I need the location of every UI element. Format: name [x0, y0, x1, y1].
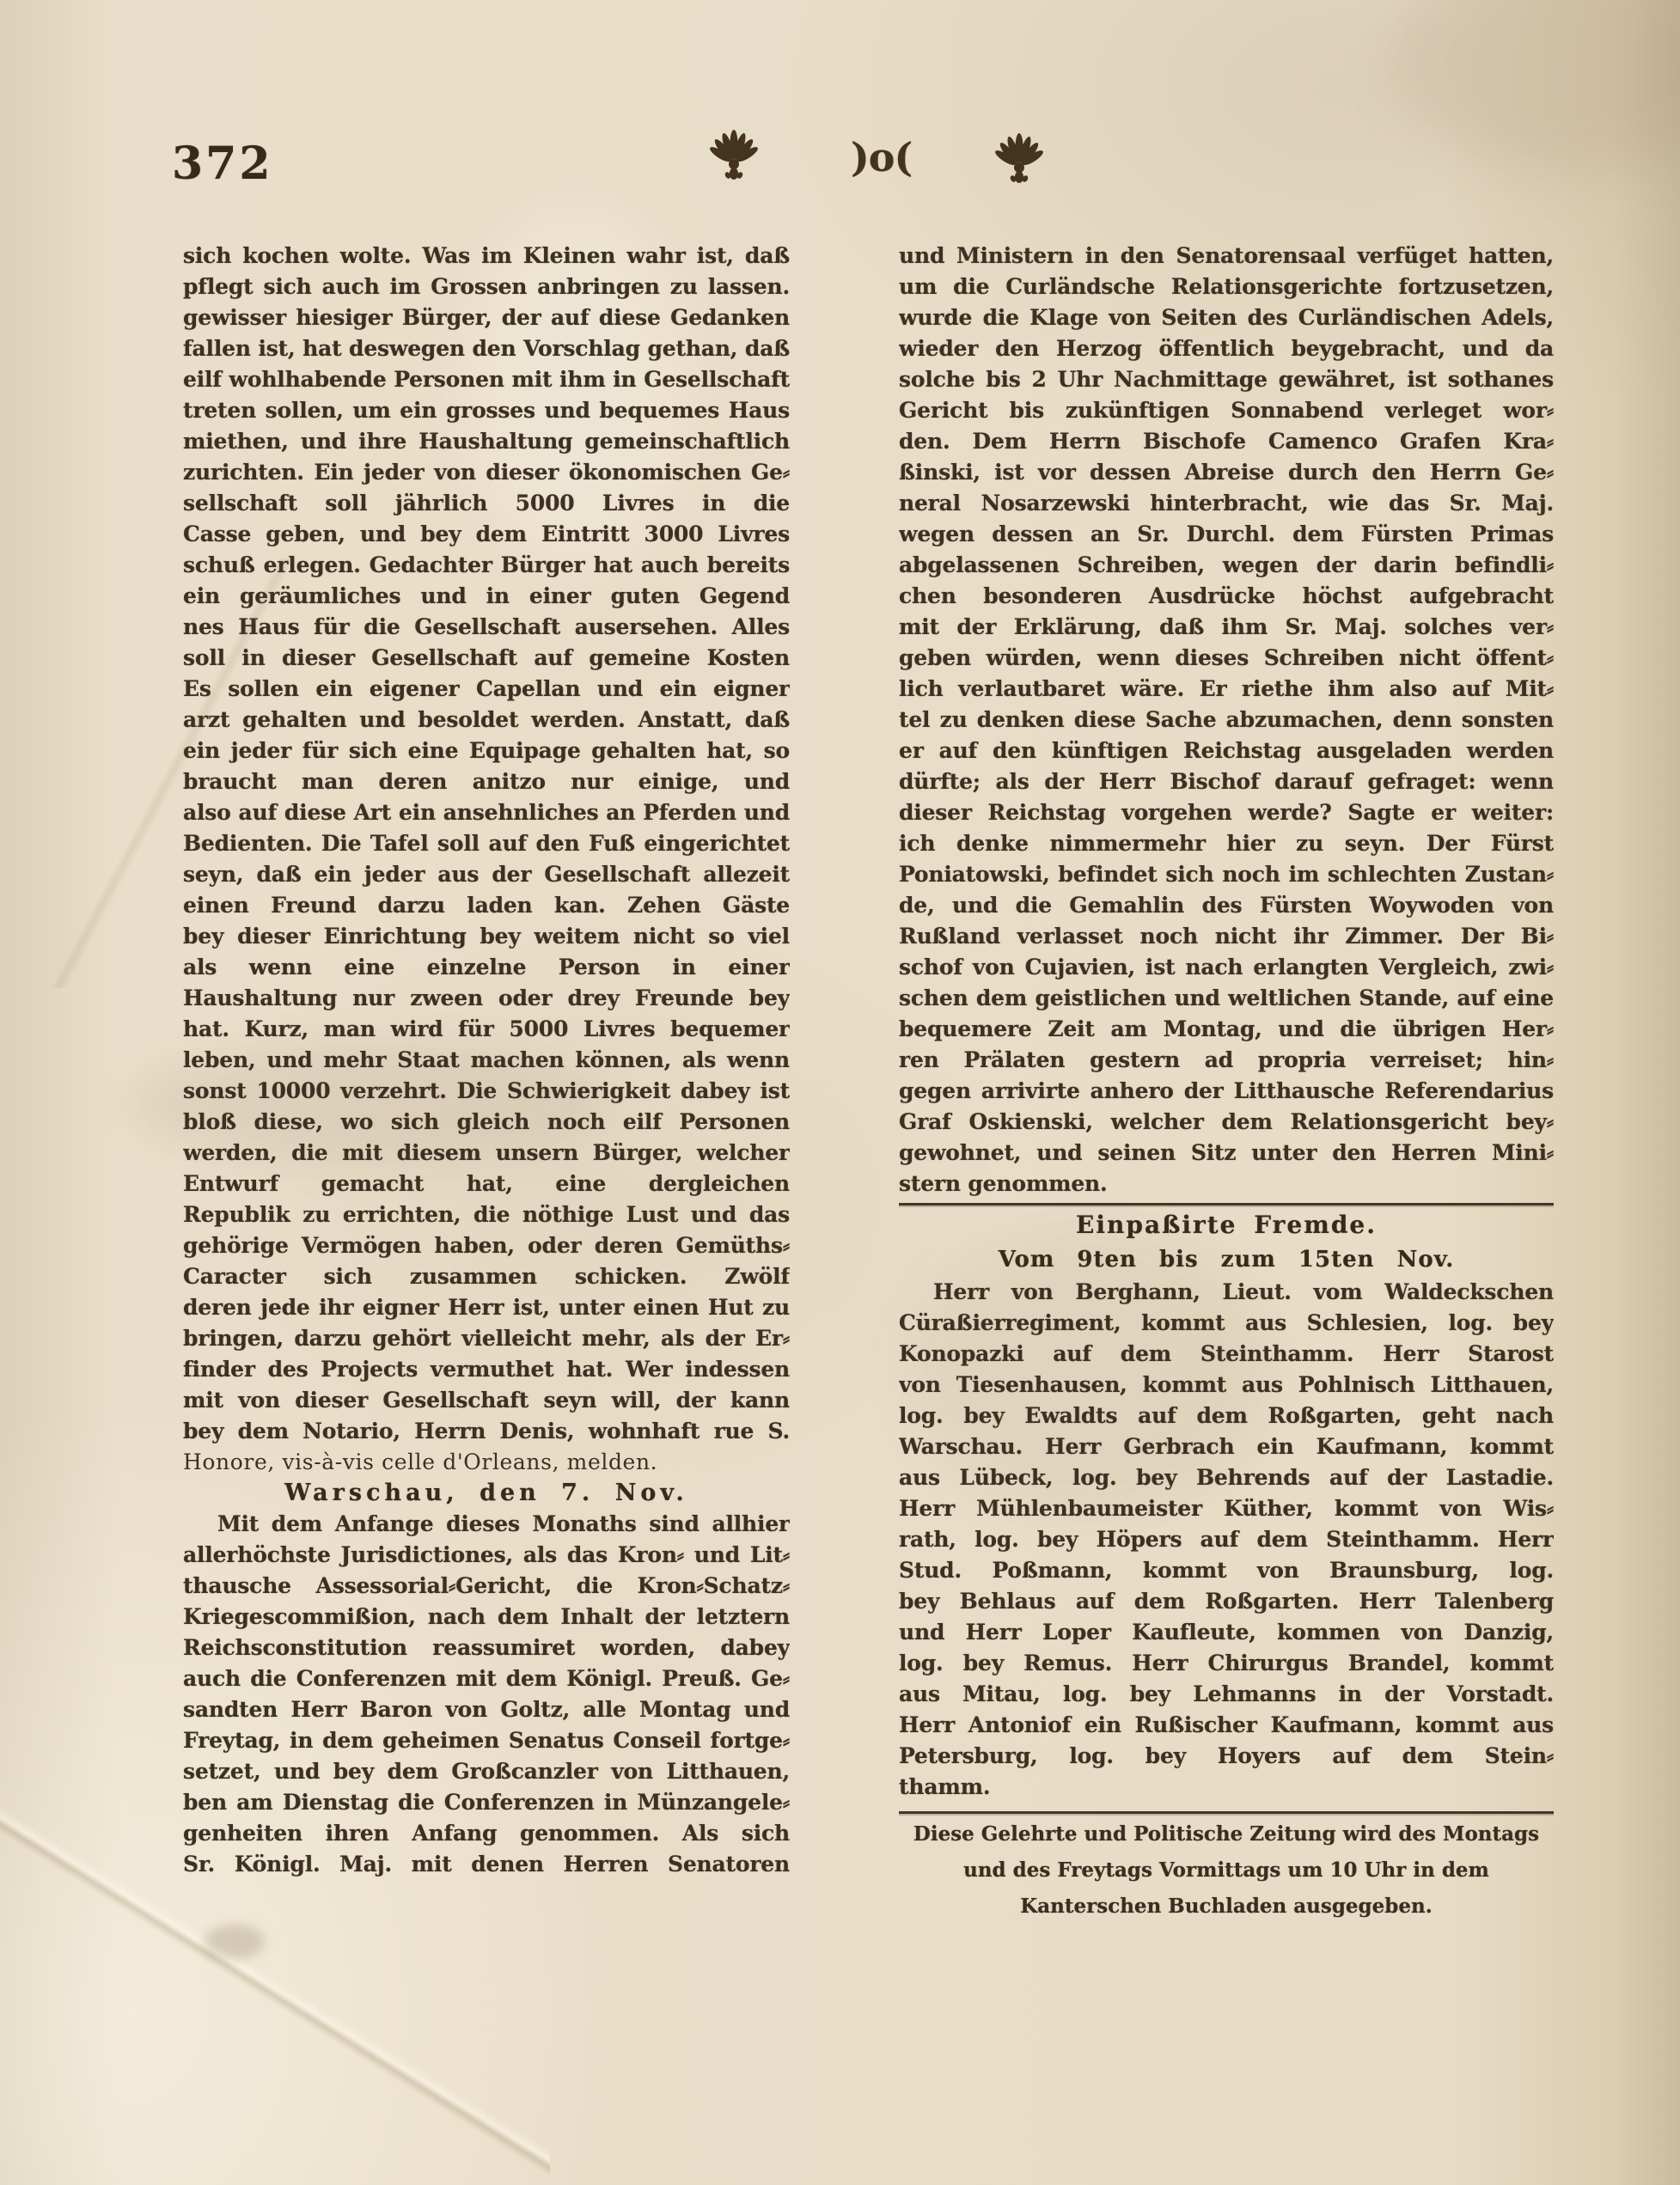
- text-line: eilf wohlhabende Personen mit ihm in Ges…: [183, 364, 790, 395]
- text-line: wieder den Herzog öffentlich beygebracht…: [899, 333, 1554, 364]
- text-line: seyn, daß ein jeder aus der Gesellschaft…: [183, 859, 790, 890]
- text-line: geben würden, wenn dieses Schreiben nich…: [899, 643, 1554, 674]
- text-line: Sr. Königl. Maj. mit denen Herren Senato…: [183, 1849, 790, 1880]
- text-line: ein geräumliches und in einer guten Gege…: [183, 581, 790, 612]
- section-heading: Einpaßirte Fremde.: [899, 1208, 1554, 1242]
- text-line: aus Mitau, log. bey Lehmanns in der Vors…: [899, 1679, 1554, 1710]
- text-line: werden, die mit diesem unsern Bürger, we…: [183, 1138, 790, 1169]
- text-line: braucht man deren anitzo nur einige, und…: [183, 766, 790, 797]
- paper-stain: [205, 1925, 265, 1959]
- text-line: ein jeder für sich eine Equipage gehalte…: [183, 735, 790, 766]
- text-line: nes Haus für die Gesellschaft ausersehen…: [183, 612, 790, 643]
- text-line: sellschaft soll jährlich 5000 Livres in …: [183, 488, 790, 519]
- text-line: mit von dieser Gesellschaft seyn will, d…: [183, 1385, 790, 1416]
- text-line: er auf den künftigen Reichstag ausgelade…: [899, 735, 1554, 766]
- text-line: Kriegescommißion, nach dem Inhalt der le…: [183, 1602, 790, 1633]
- text-line: chen besonderen Ausdrücke höchst aufgebr…: [899, 581, 1554, 612]
- text-line: soll in dieser Gesellschaft auf gemeine …: [183, 643, 790, 674]
- text-line: gegen arrivirte anhero der Litthausche R…: [899, 1076, 1554, 1107]
- text-line: auch die Conferenzen mit dem Königl. Pre…: [183, 1663, 790, 1694]
- text-line: einen Freund darzu laden kan. Zehen Gäst…: [183, 890, 790, 921]
- text-line: finder des Projects vermuthet hat. Wer i…: [183, 1354, 790, 1385]
- text-line: neral Nosarzewski hinterbracht, wie das …: [899, 488, 1554, 519]
- text-line: bringen, darzu gehört vielleicht mehr, a…: [183, 1323, 790, 1354]
- text-line: genheiten ihren Anfang genommen. Als sic…: [183, 1818, 790, 1849]
- text-line: thamm.: [899, 1772, 1554, 1803]
- divider-rule: [899, 1811, 1554, 1814]
- text-line: thausche Assessorial⸗Gericht, die Kron⸗S…: [183, 1571, 790, 1602]
- text-line: Reichsconstitution reassumiret worden, d…: [183, 1633, 790, 1663]
- text-line: pflegt sich auch im Grossen anbringen zu…: [183, 272, 790, 302]
- text-line: bloß diese, wo sich gleich noch eilf Per…: [183, 1107, 790, 1138]
- text-line: Haushaltung nur zween oder drey Freunde …: [183, 983, 790, 1014]
- text-line: gehörige Vermögen haben, oder deren Gemü…: [183, 1230, 790, 1261]
- text-line: schuß erlegen. Gedachter Bürger hat auch…: [183, 550, 790, 581]
- imprint-line: und des Freytags Vormittags um 10 Uhr in…: [899, 1852, 1554, 1889]
- text-line: von Tiesenhausen, kommt aus Pohlnisch Li…: [899, 1370, 1554, 1401]
- scallop-shell-ornament-icon: [995, 129, 1043, 189]
- text-line: den. Dem Herrn Bischofe Camenco Grafen K…: [899, 426, 1554, 457]
- text-line: gewohnet, und seinen Sitz unter den Herr…: [899, 1138, 1554, 1169]
- text-line: Stud. Poßmann, kommt von Braunsburg, log…: [899, 1555, 1554, 1586]
- divider-rule: [899, 1203, 1554, 1205]
- text-line: ren Prälaten gestern ad propria verreise…: [899, 1045, 1554, 1076]
- text-line: Herr von Berghann, Lieut. vom Waldecksch…: [899, 1277, 1554, 1308]
- text-line: rath, log. bey Höpers auf dem Steinthamm…: [899, 1524, 1554, 1555]
- text-line: lich verlautbaret wäre. Er riethe ihm al…: [899, 674, 1554, 705]
- text-line: Rußland verlasset noch nicht ihr Zimmer.…: [899, 921, 1554, 952]
- text-line: Konopazki auf dem Steinthamm. Herr Staro…: [899, 1339, 1554, 1370]
- left-column: sich kochen wolte. Was im Kleinen wahr i…: [183, 241, 790, 1880]
- text-line: Entwurf gemacht hat, eine dergleichen ök…: [183, 1169, 790, 1199]
- text-line: aus Lübeck, log. bey Behrends auf der La…: [899, 1462, 1554, 1493]
- sub-heading: Vom 9ten bis zum 15ten Nov.: [899, 1242, 1554, 1277]
- text-line: dieser Reichstag vorgehen werde? Sagte e…: [899, 797, 1554, 828]
- paper-stain: [1392, 0, 1680, 172]
- text-line: Cüraßierregiment, kommt aus Schlesien, l…: [899, 1308, 1554, 1339]
- text-line: arzt gehalten und besoldet werden. Ansta…: [183, 705, 790, 735]
- text-line: sandten Herr Baron von Goltz, alle Monta…: [183, 1694, 790, 1725]
- text-line: Mit dem Anfange dieses Monaths sind allh…: [183, 1509, 790, 1540]
- text-line: sonst 10000 verzehrt. Die Schwierigkeit …: [183, 1076, 790, 1107]
- text-line: de, und die Gemahlin des Fürsten Woywode…: [899, 890, 1554, 921]
- scallop-shell-ornament-icon: [710, 125, 758, 186]
- text-line: solche bis 2 Uhr Nachmittage gewähret, i…: [899, 364, 1554, 395]
- right-column: und Ministern in den Senatorensaal verfü…: [899, 241, 1554, 1925]
- header-separator: )o(: [851, 134, 912, 180]
- imprint-line: Kanterschen Buchladen ausgegeben.: [899, 1889, 1554, 1925]
- text-line: tel zu denken diese Sache abzumachen, de…: [899, 705, 1554, 735]
- text-line: log. bey Remus. Herr Chirurgus Brandel, …: [899, 1648, 1554, 1679]
- text-line: Warschau. Herr Gerbrach ein Kaufmann, ko…: [899, 1431, 1554, 1462]
- text-line: Herr Mühlenbaumeister Küther, kommt von …: [899, 1493, 1554, 1524]
- text-line: hat. Kurz, man wird für 5000 Livres bequ…: [183, 1014, 790, 1045]
- text-line: mit der Erklärung, daß ihm Sr. Maj. solc…: [899, 612, 1554, 643]
- text-line: bey dem Notario, Herrn Denis, wohnhaft r…: [183, 1416, 790, 1447]
- text-line: dürfte; als der Herr Bischof darauf gefr…: [899, 766, 1554, 797]
- text-line: Poniatowski, befindet sich noch im schle…: [899, 859, 1554, 890]
- dateline-heading: Warschau, den 7. Nov.: [183, 1478, 790, 1509]
- text-line: Freytag, in dem geheimen Senatus Conseil…: [183, 1725, 790, 1756]
- text-line: Republik zu errichten, die nöthige Lust …: [183, 1199, 790, 1230]
- text-line: setzet, und bey dem Großcanzler von Litt…: [183, 1756, 790, 1787]
- text-line: Gericht bis zukünftigen Sonnabend verleg…: [899, 395, 1554, 426]
- text-line: und Herr Loper Kaufleute, kommen von Dan…: [899, 1617, 1554, 1648]
- text-line: wurde die Klage von Seiten des Curländis…: [899, 302, 1554, 333]
- text-line: Herr Antoniof ein Rußischer Kaufmann, ko…: [899, 1710, 1554, 1741]
- text-line: fallen ist, hat deswegen den Vorschlag g…: [183, 333, 790, 364]
- newspaper-page: 372 )o(: [0, 0, 1680, 2185]
- text-line: leben, und mehr Staat machen können, als…: [183, 1045, 790, 1076]
- text-line: abgelassenen Schreiben, wegen der darin …: [899, 550, 1554, 581]
- text-line: schof von Cujavien, ist nach erlangten V…: [899, 952, 1554, 983]
- text-line: treten sollen, um ein grosses und bequem…: [183, 395, 790, 426]
- text-line: als wenn eine einzelne Person in einer a…: [183, 952, 790, 983]
- text-line: gewisser hiesiger Bürger, der auf diese …: [183, 302, 790, 333]
- text-line: schen dem geistlichen und weltlichen Sta…: [899, 983, 1554, 1014]
- text-line: miethen, und ihre Haushaltung gemeinscha…: [183, 426, 790, 457]
- text-line: Casse geben, und bey dem Eintritt 3000 L…: [183, 519, 790, 550]
- text-line: zurichten. Ein jeder von dieser ökonomis…: [183, 457, 790, 488]
- text-line: Caracter sich zusammen schicken. Zwölf P…: [183, 1261, 790, 1292]
- text-line: deren jede ihr eigner Herr ist, unter ei…: [183, 1292, 790, 1323]
- text-line: Honore, vis-à-vis celle d'Orleans, melde…: [183, 1447, 790, 1478]
- text-line: allerhöchste Jurisdictiones, als das Kro…: [183, 1540, 790, 1571]
- text-line: Bedienten. Die Tafel soll auf den Fuß ei…: [183, 828, 790, 859]
- text-line: bey dieser Einrichtung bey weitem nicht …: [183, 921, 790, 952]
- text-line: um die Curländsche Relationsgerichte for…: [899, 272, 1554, 302]
- text-line: ich denke nimmermehr hier zu seyn. Der F…: [899, 828, 1554, 859]
- text-line: bey Behlaus auf dem Roßgarten. Herr Tale…: [899, 1586, 1554, 1617]
- text-line: also auf diese Art ein ansehnliches an P…: [183, 797, 790, 828]
- text-line: bequemere Zeit am Montag, und die übrige…: [899, 1014, 1554, 1045]
- text-line: ßinski, ist vor dessen Abreise durch den…: [899, 457, 1554, 488]
- text-line: Petersburg, log. bey Hoyers auf dem Stei…: [899, 1741, 1554, 1772]
- imprint-line: Diese Gelehrte und Politische Zeitung wi…: [899, 1816, 1554, 1852]
- text-line: stern genommen.: [899, 1169, 1554, 1199]
- text-line: log. bey Ewaldts auf dem Roßgarten, geht…: [899, 1401, 1554, 1431]
- page-number: 372: [172, 137, 273, 190]
- text-line: Graf Oskienski, welcher dem Relationsger…: [899, 1107, 1554, 1138]
- text-line: Es sollen ein eigener Capellan und ein e…: [183, 674, 790, 705]
- text-line: und Ministern in den Senatorensaal verfü…: [899, 241, 1554, 272]
- text-line: wegen dessen an Sr. Durchl. dem Fürsten …: [899, 519, 1554, 550]
- text-line: sich kochen wolte. Was im Kleinen wahr i…: [183, 241, 790, 272]
- text-line: ben am Dienstag die Conferenzen in Münza…: [183, 1787, 790, 1818]
